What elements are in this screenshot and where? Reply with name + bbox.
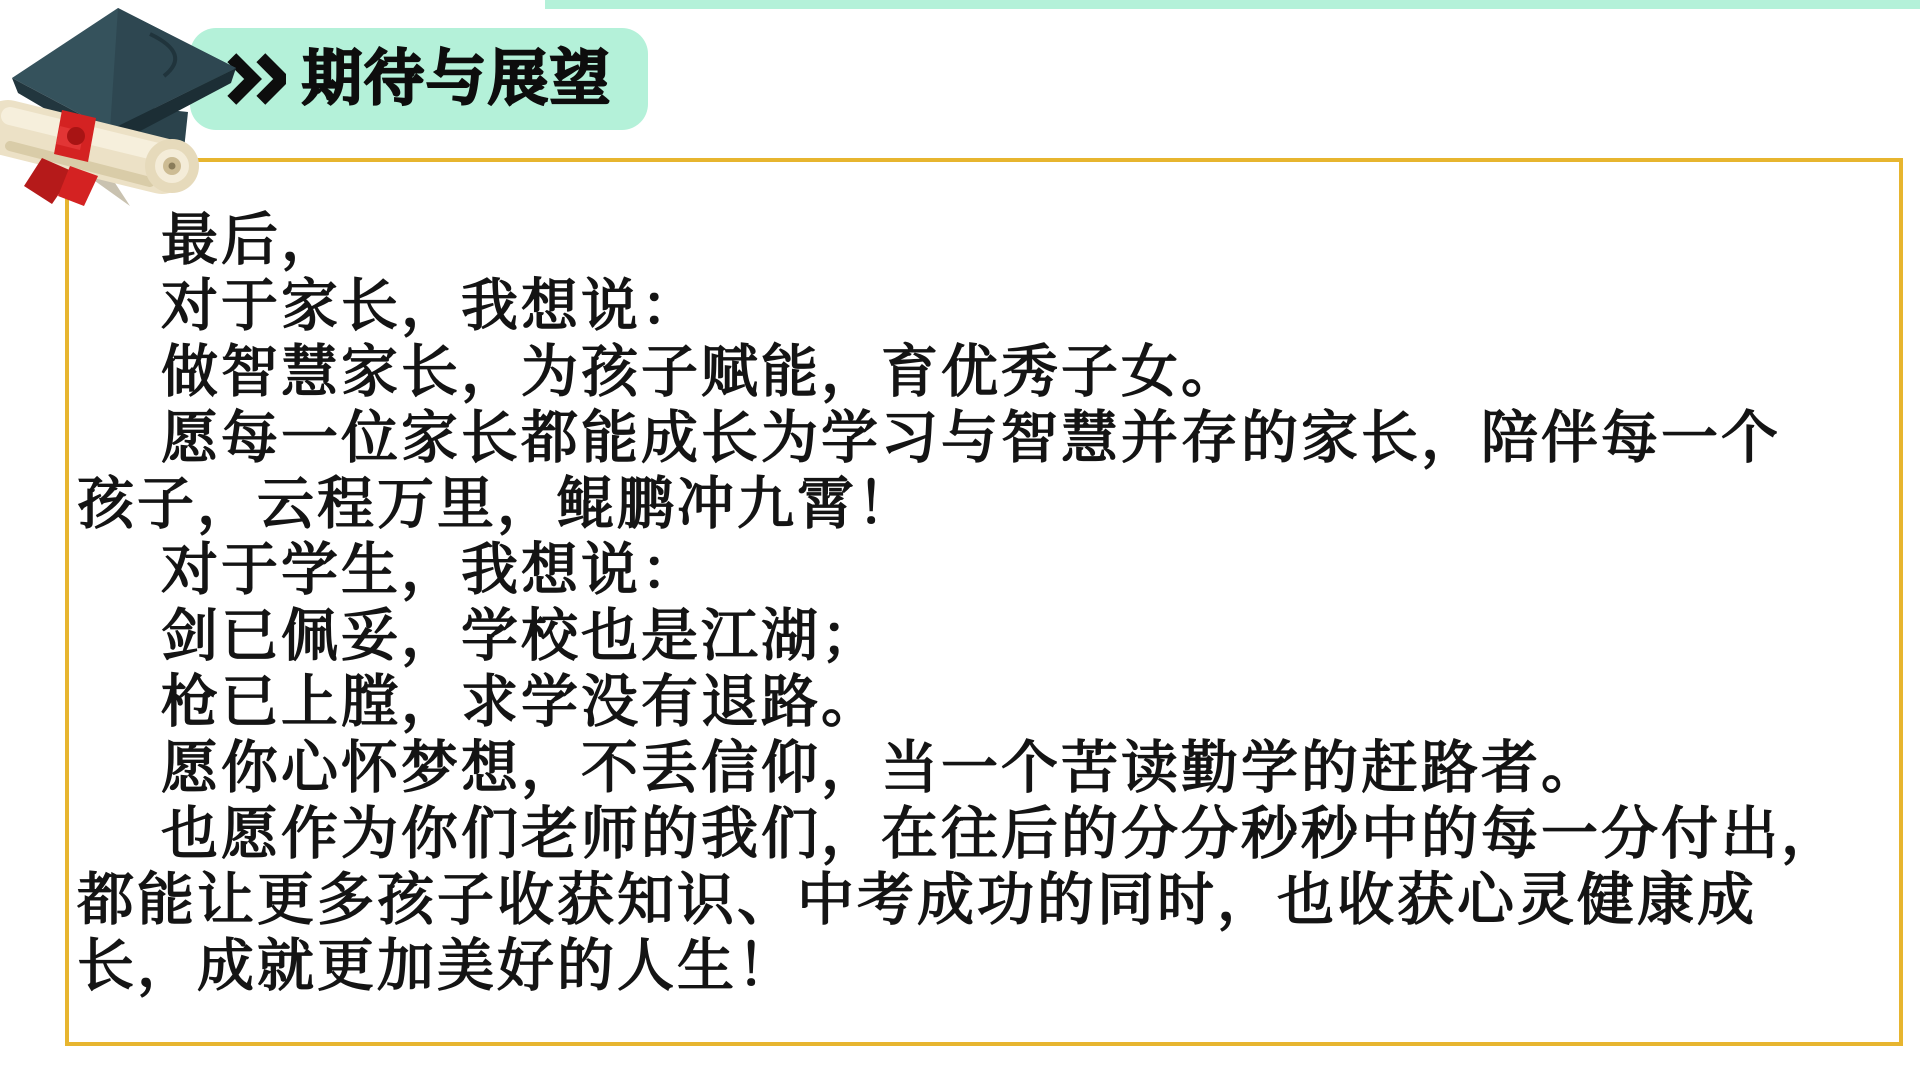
paragraph-gun: 枪已上膛，求学没有退路。	[77, 670, 1871, 736]
paragraph-wise-parents: 做智慧家长，为孩子赋能，育优秀子女。	[77, 340, 1871, 406]
graduation-cap-with-diploma-graphic	[0, 0, 250, 212]
content-panel: 最后， 对于家长，我想说： 做智慧家长，为孩子赋能，育优秀子女。 愿每一位家长都…	[65, 158, 1903, 1046]
content-text-block: 最后， 对于家长，我想说： 做智慧家长，为孩子赋能，育优秀子女。 愿每一位家长都…	[69, 162, 1899, 1000]
paragraph-sword: 剑已佩妥，学校也是江湖；	[77, 604, 1871, 670]
paragraph-students-wish: 愿你心怀梦想，不丢信仰，当一个苦读勤学的赶路者。	[77, 736, 1871, 802]
paragraph-teachers-wish: 也愿作为你们老师的我们，在往后的分分秒秒中的每一分付出， 都能让更多孩子收获知识…	[77, 802, 1871, 1000]
paragraph-parents-wish: 愿每一位家长都能成长为学习与智慧并存的家长，陪伴每一个 孩子，云程万里，鲲鹏冲九…	[77, 406, 1871, 538]
paragraph-to-parents-intro: 对于家长，我想说：	[77, 274, 1871, 340]
paragraph-to-students-intro: 对于学生，我想说：	[77, 538, 1871, 604]
section-title-text: 期待与展望	[302, 49, 612, 109]
section-title-badge: 期待与展望	[190, 28, 648, 130]
top-accent-strip	[545, 0, 1920, 9]
graduation-cap-icon	[0, 0, 250, 212]
paragraph-finally: 最后，	[77, 208, 1871, 274]
